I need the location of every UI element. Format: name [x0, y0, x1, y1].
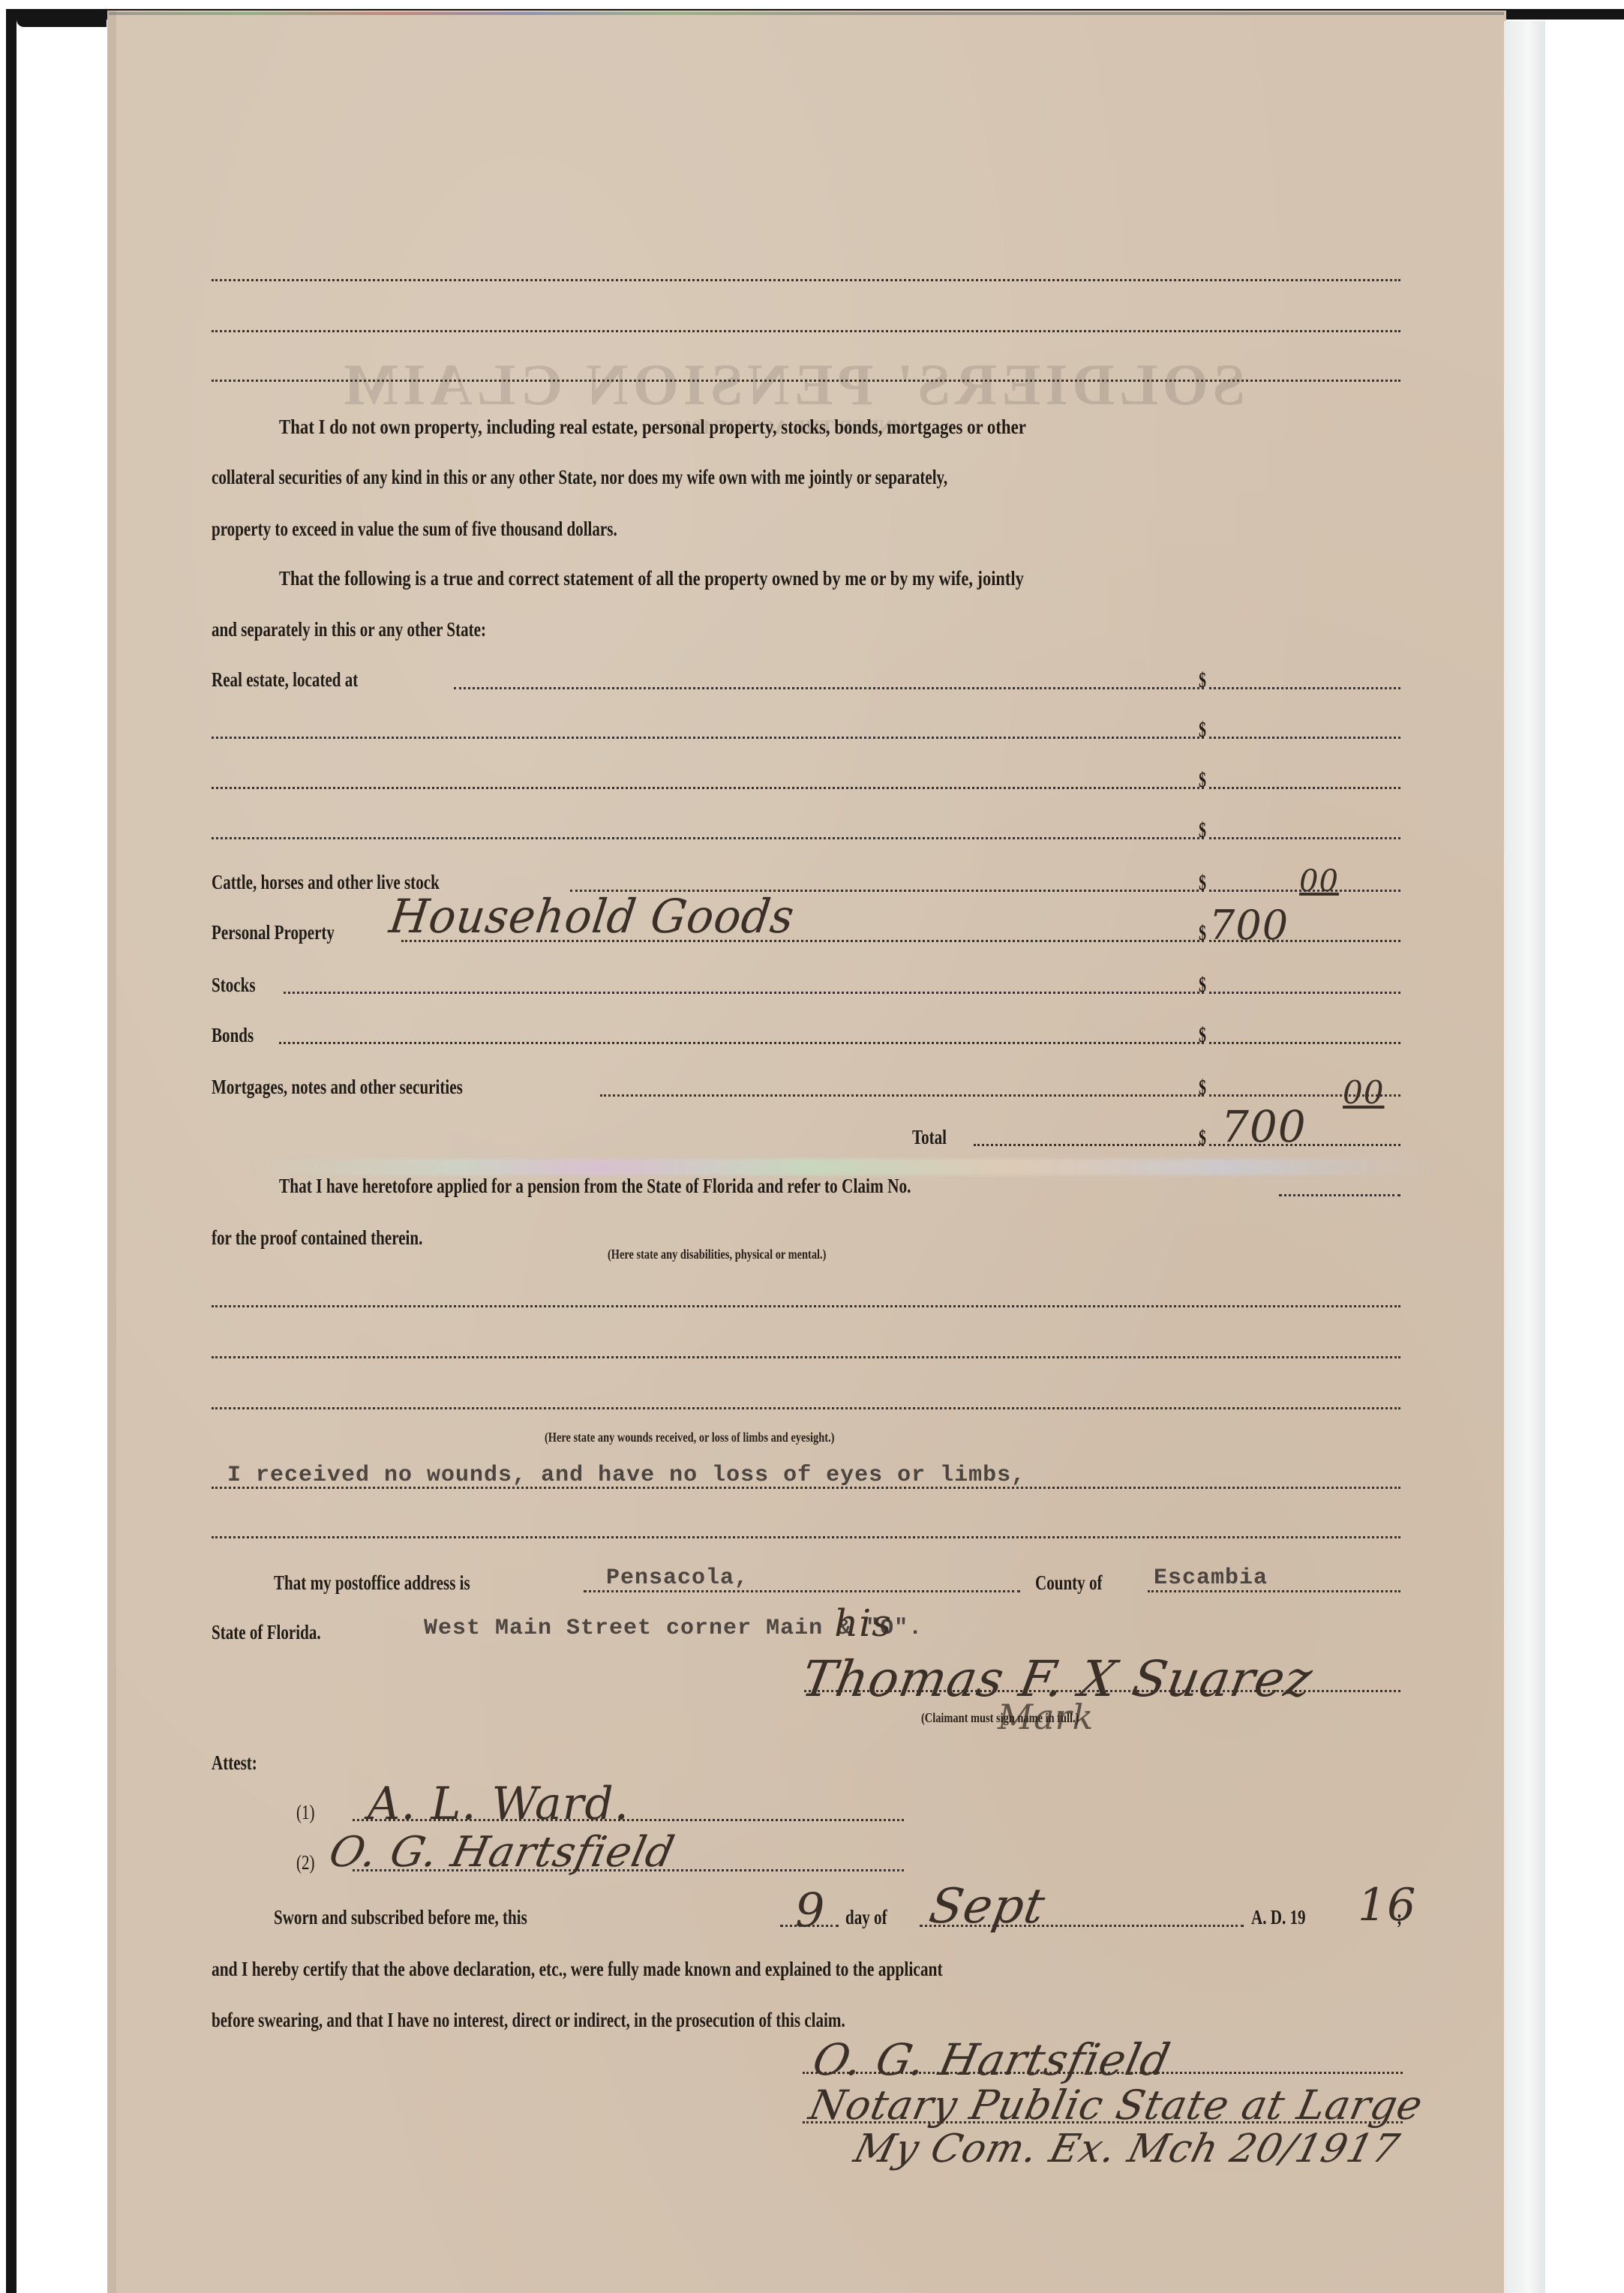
- witness-1-signature: A. L. Ward.: [368, 1778, 629, 1830]
- disabilities-caption: (Here state any disabilities, physical o…: [608, 1247, 826, 1262]
- dollar-sign: $: [1199, 769, 1206, 793]
- total-amount: 700: [1221, 1101, 1307, 1152]
- wounds-statement: I received no wounds, and have no loss o…: [227, 1463, 1025, 1488]
- field-line: [454, 687, 1204, 689]
- oath-year: 16: [1358, 1879, 1416, 1931]
- blank-line: [212, 380, 1400, 382]
- page-edge: [107, 11, 116, 2293]
- scan-artifact-strip: [109, 12, 1504, 15]
- row-label-bonds: Bonds: [212, 1025, 254, 1046]
- field-line: [212, 837, 1204, 839]
- claim-number-field: [1279, 1194, 1400, 1196]
- attest-label: Attest:: [212, 1753, 257, 1773]
- fold-crease: [107, 1159, 1506, 1175]
- row-label-stocks: Stocks: [212, 975, 256, 995]
- certify-line: and I hereby certify that the above decl…: [212, 1959, 943, 1979]
- dollar-sign: $: [1199, 1024, 1206, 1048]
- field-line: [974, 1144, 1204, 1146]
- witness-line: [353, 1819, 904, 1821]
- dollar-sign: $: [1199, 1076, 1206, 1100]
- dollar-sign: $: [1199, 974, 1206, 998]
- notary-signature: O. G. Hartsfield: [809, 2034, 1175, 2085]
- field-line: [600, 1094, 1204, 1097]
- field-line: [212, 787, 1204, 789]
- signature-line: [804, 1690, 1400, 1692]
- personal-property-amount: 700: [1209, 902, 1289, 949]
- scanner-frame-left: [6, 9, 17, 2293]
- wounds-line: [212, 1487, 1400, 1489]
- field-line: [279, 1042, 1204, 1044]
- witness-line: [353, 1869, 904, 1871]
- field-line: [284, 992, 1204, 994]
- total-cents: 00: [1343, 1074, 1384, 1111]
- show-through-title: SOLDIERS' PENSION CLAIM: [398, 351, 1245, 414]
- dollar-sign: $: [1199, 719, 1206, 743]
- county-label: County of: [1035, 1573, 1103, 1593]
- amount-line: [1209, 737, 1400, 739]
- plastic-sleeve: [1504, 21, 1545, 2293]
- prior-claim-line: for the proof contained therein.: [212, 1228, 422, 1248]
- oath-day: 9: [795, 1883, 825, 1937]
- paragraph-line: collateral securities of any kind in thi…: [212, 467, 947, 488]
- scanner-frame-corner: [17, 20, 107, 27]
- address-city: Pensacola,: [606, 1565, 749, 1591]
- certify-line: before swearing, and that I have no inte…: [212, 2010, 845, 2030]
- amount-line: [1209, 787, 1400, 789]
- notary-commission: My Com. Ex. Mch 20/1917: [850, 2126, 1404, 2171]
- row-label-personal-property: Personal Property: [212, 923, 335, 943]
- claimant-caption: (Claimant must sign name in full.): [921, 1710, 1079, 1726]
- oath-terminator: ;: [1397, 1907, 1402, 1928]
- state-label: State of Florida.: [212, 1622, 321, 1643]
- oath-prefix: Sworn and subscribed before me, this: [274, 1907, 527, 1928]
- total-label: Total: [912, 1127, 947, 1148]
- disabilities-line: [212, 1356, 1400, 1358]
- oath-day-of: day of: [845, 1907, 887, 1928]
- row-label-mortgages: Mortgages, notes and other securities: [212, 1077, 463, 1097]
- field-line: [212, 737, 1204, 739]
- amount-line: [1209, 837, 1400, 839]
- wounds-line: [212, 1536, 1400, 1538]
- dollar-sign: $: [1199, 1127, 1206, 1151]
- dollar-sign: $: [1199, 922, 1206, 946]
- witness-number: (1): [296, 1802, 315, 1823]
- oath-month: Sept: [925, 1879, 1049, 1934]
- disabilities-line: [212, 1305, 1400, 1307]
- row-label-real-estate: Real estate, located at: [212, 670, 358, 690]
- address-prefix: That my postoffice address is: [274, 1573, 470, 1593]
- dollar-sign: $: [1199, 872, 1206, 896]
- amount-line: [1209, 687, 1400, 689]
- notary-line: [803, 2121, 1403, 2123]
- dollar-sign: $: [1199, 819, 1206, 843]
- paragraph-line: That I do not own property, including re…: [279, 417, 1026, 437]
- personal-property-description: Household Goods: [386, 889, 797, 944]
- disabilities-line: [212, 1407, 1400, 1409]
- paragraph-line: and separately in this or any other Stat…: [212, 620, 486, 640]
- notary-line: [803, 2072, 1403, 2074]
- address-county: Escambia: [1154, 1565, 1268, 1591]
- oath-ad-label: A. D. 19: [1251, 1907, 1306, 1928]
- blank-line: [212, 279, 1400, 281]
- claimant-mark-his: his: [834, 1601, 892, 1645]
- wounds-caption: (Here state any wounds received, or loss…: [545, 1430, 834, 1445]
- dollar-sign: $: [1199, 669, 1206, 693]
- prior-claim-line: That I have heretofore applied for a pen…: [279, 1176, 911, 1196]
- amount-line: [1209, 1042, 1400, 1044]
- personal-property-cents: 00: [1299, 864, 1339, 899]
- paragraph-line: property to exceed in value the sum of f…: [212, 519, 617, 539]
- blank-line: [212, 330, 1400, 332]
- paragraph-line: That the following is a true and correct…: [279, 569, 1024, 589]
- witness-number: (2): [296, 1853, 315, 1873]
- amount-line: [1209, 992, 1400, 994]
